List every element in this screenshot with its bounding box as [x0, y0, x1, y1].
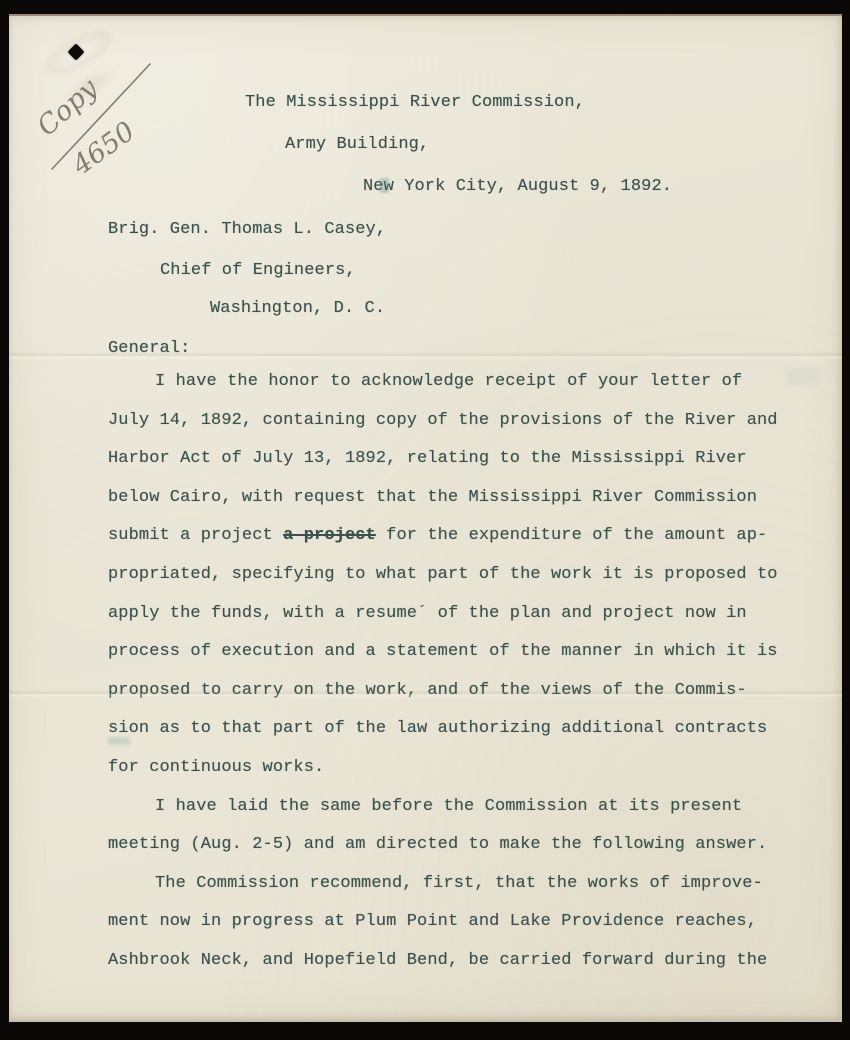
- letter-line: apply the funds, with a resume´ of the p…: [108, 603, 832, 642]
- letter-line: proposed to carry on the work, and of th…: [108, 680, 832, 719]
- letter-line: Harbor Act of July 13, 1892, relating to…: [108, 448, 832, 487]
- letter-line: process of execution and a statement of …: [108, 641, 832, 680]
- letterhead-line-2: Army Building,: [285, 135, 429, 155]
- line-text: sion as to that part of the law authoriz…: [108, 719, 767, 738]
- line-text: July 14, 1892, containing copy of the pr…: [108, 411, 778, 430]
- handwritten-file-number: 4650: [66, 116, 141, 182]
- letter-page: Copy 4650 The Mississippi River Commissi…: [9, 14, 842, 1022]
- handwritten-annotation: Copy 4650: [30, 42, 180, 192]
- letter-line: ment now in progress at Plum Point and L…: [108, 911, 832, 950]
- recipient-title: Chief of Engineers,: [160, 261, 356, 281]
- line-text: meeting (Aug. 2-5) and am directed to ma…: [108, 835, 767, 854]
- line-text: Harbor Act of July 13, 1892, relating to…: [108, 449, 747, 468]
- letter-line: I have the honor to acknowledge receipt …: [108, 371, 832, 410]
- letter-line: submit a project a project for the expen…: [108, 525, 832, 564]
- letter-line: July 14, 1892, containing copy of the pr…: [108, 410, 832, 449]
- letter-line: below Cairo, with request that the Missi…: [108, 487, 832, 526]
- line-text: for the expenditure of the amount ap-: [376, 526, 767, 545]
- line-text: below Cairo, with request that the Missi…: [108, 488, 757, 507]
- letter-line: sion as to that part of the law authoriz…: [108, 718, 832, 757]
- erasure-patch: [788, 368, 818, 385]
- ink-offset-smudge: [108, 737, 130, 745]
- letterhead-line-1: The Mississippi River Commission,: [245, 93, 585, 113]
- letter-line: I have laid the same before the Commissi…: [108, 796, 832, 835]
- line-text: submit a project: [108, 526, 283, 545]
- letter-body: I have the honor to acknowledge receipt …: [108, 371, 832, 989]
- letterhead-dateline: New York City, August 9, 1892.: [363, 177, 672, 197]
- line-text: for continuous works.: [108, 758, 324, 777]
- line-text: process of execution and a statement of …: [108, 642, 778, 661]
- handwritten-copy-label: Copy: [31, 72, 104, 142]
- struck-text: a project: [283, 526, 376, 545]
- line-text: apply the funds, with a resume´ of the p…: [108, 604, 747, 623]
- line-text: Ashbrook Neck, and Hopefield Bend, be ca…: [108, 951, 767, 970]
- letter-line: propriated, specifying to what part of t…: [108, 564, 832, 603]
- recipient-city: Washington, D. C.: [210, 299, 385, 319]
- letter-line: The Commission recommend, first, that th…: [108, 873, 832, 912]
- line-text: The Commission recommend, first, that th…: [155, 874, 763, 893]
- ink-smudge: [380, 178, 389, 193]
- letter-line: meeting (Aug. 2-5) and am directed to ma…: [108, 834, 832, 873]
- line-text: ment now in progress at Plum Point and L…: [108, 912, 757, 931]
- line-text: I have the honor to acknowledge receipt …: [155, 372, 742, 391]
- salutation: General:: [108, 339, 190, 359]
- line-text: propriated, specifying to what part of t…: [108, 565, 778, 584]
- line-text: proposed to carry on the work, and of th…: [108, 681, 747, 700]
- recipient-name: Brig. Gen. Thomas L. Casey,: [108, 220, 386, 240]
- letter-line: Ashbrook Neck, and Hopefield Bend, be ca…: [108, 950, 832, 989]
- line-text: I have laid the same before the Commissi…: [155, 797, 742, 816]
- letter-line: for continuous works.: [108, 757, 832, 796]
